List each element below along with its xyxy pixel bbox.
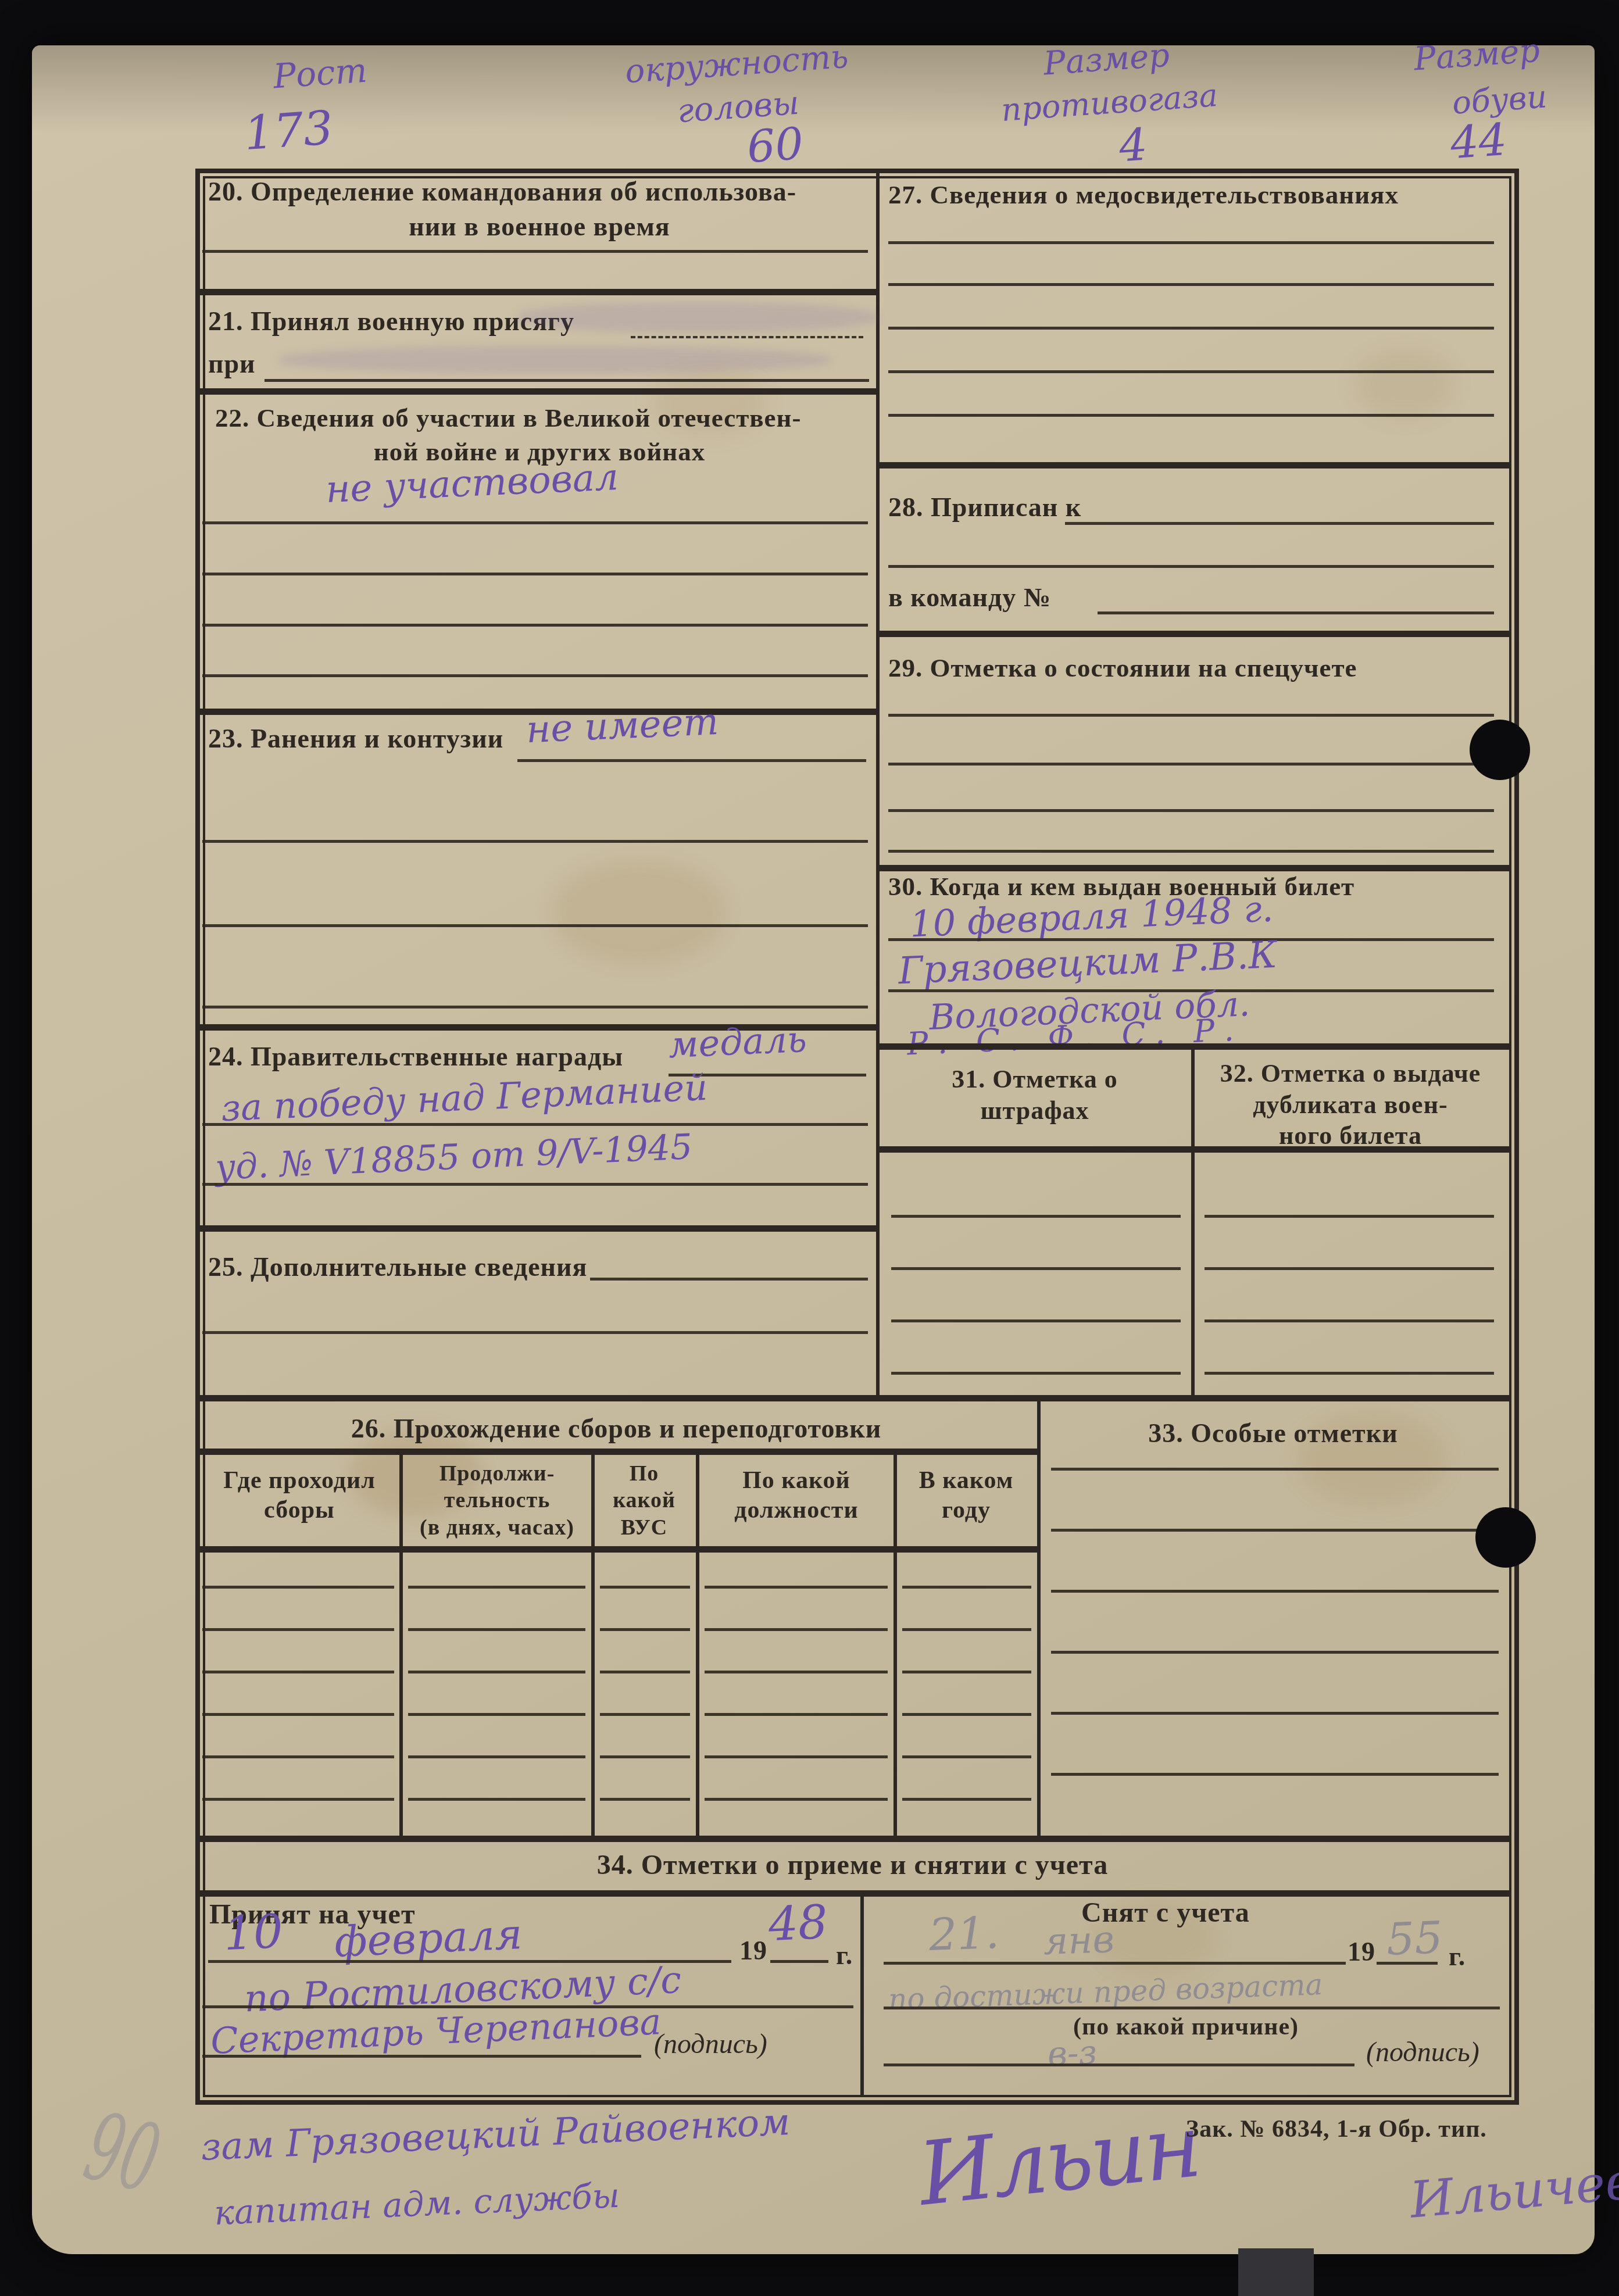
table-row-line [902,1628,1031,1631]
ruled-line [590,1278,868,1281]
table-row-line [202,1671,394,1673]
dotted-fill-line [631,336,863,338]
table-row-line [600,1586,690,1589]
annotation-gasmask-size-value: 4 [1117,118,1149,171]
ruled-line [202,1123,868,1126]
ruled-line [202,2055,641,2058]
section-33-title: 33. Особые отметки [1041,1417,1506,1450]
table-row-line [705,1671,888,1673]
section-34-title: 34. Отметки о приеме и снятии с учета [195,1848,1510,1883]
table-row-line [705,1798,888,1801]
table-row-line [408,1586,585,1589]
annotation-shoe-size-value: 44 [1449,113,1509,169]
table-row-line [705,1755,888,1758]
table-row-line [902,1755,1031,1758]
ruled-line [888,241,1494,244]
section-32-title: 32. Отметка о выдаче дубликата воен- ног… [1196,1058,1504,1151]
table-26-col-header-year: В каком году [896,1466,1036,1525]
ruled-line [888,763,1494,766]
ruled-line [202,1006,868,1008]
table-row-line [600,1798,690,1801]
table-row-line [600,1713,690,1716]
ruled-line [1205,1267,1494,1270]
ruled-line [888,850,1494,853]
table-row-line [902,1798,1031,1801]
ruled-line [1205,1372,1494,1375]
ruled-line [202,521,868,524]
table-row-line [600,1755,690,1758]
annotation-height-value: 173 [242,101,335,160]
table-26-title: 26. Прохождение сборов и переподготовки [195,1412,1037,1445]
ruled-line [888,370,1494,373]
ruled-line [1205,1319,1494,1322]
section-27-title: 27. Сведения о медосвидетельствованиях [888,179,1399,211]
ruled-line [202,573,868,575]
table-col-divider [591,1449,595,1836]
section-31-title: 31. Отметка о штрафах [881,1064,1189,1126]
annotation-head-circumference-value: 60 [745,117,805,173]
section-21-prefix: при [208,348,256,380]
section-divider [195,1836,1510,1842]
ink-smudge [279,346,831,373]
removed-month-pencil: янв [1043,1918,1115,1964]
ruled-line [888,809,1494,812]
ruled-line [265,379,869,382]
accepted-signature-label: (подпись) [654,2027,767,2062]
removed-year-suffix: г. [1449,1940,1466,1973]
table-26-col-header-duration: Продолжи- тельность (в днях, часах) [404,1460,590,1541]
section-25-label: 25. Дополнительные сведения [208,1251,588,1283]
removed-year-pencil: 55 [1385,1911,1443,1965]
ruled-line [1098,611,1494,614]
annotation-height-label: Рост [272,50,369,96]
ruled-line [1205,1215,1494,1218]
ruled-line [884,1962,1346,1965]
ruled-line [1377,1962,1438,1965]
table-row-line [202,1798,394,1801]
ruled-line [202,1183,868,1186]
column-divider-34 [860,1890,864,2095]
table-row-line [902,1713,1031,1716]
column-divider-31-32 [1191,1043,1195,1395]
ruled-line [1051,1468,1499,1471]
section-22-title-line1: 22. Сведения об участии в Великой отечес… [215,402,872,434]
section-divider [195,1890,1510,1897]
section-24-label: 24. Правительственные награды [208,1040,623,1073]
ruled-line [1051,1590,1499,1593]
section-divider [876,462,1510,469]
removed-year-prefix: 19 [1348,1936,1375,1968]
table-row-line [902,1671,1031,1673]
column-divider-26-33 [1037,1395,1041,1836]
table-row-line [408,1755,585,1758]
ruled-line [770,1960,828,1963]
ruled-line [891,1319,1181,1322]
table-row-line [408,1671,585,1673]
table-row-line [202,1628,394,1631]
ruled-line [891,1372,1181,1375]
ruled-line [1051,1712,1499,1715]
table-26-col-header-position: По какой должности [701,1466,892,1525]
table-row-line [202,1755,394,1758]
accepted-year-suffix: г. [836,1939,853,1972]
table-26-col-header-vus: По какой ВУС [594,1460,694,1541]
section-divider [195,388,878,395]
hole-punch-bottom [1475,1507,1536,1568]
ruled-line [888,565,1494,568]
scanned-military-card-page: Рост 173 окружность головы 60 Размер про… [0,0,1619,2296]
section-divider [195,289,878,295]
ruled-line [202,674,868,677]
ruled-line [1065,522,1494,525]
ruled-line [202,840,868,843]
removed-scribble-pencil: в-з [1047,2033,1098,2074]
table-col-divider [399,1449,403,1836]
section-24-handwritten-value-1: медаль [668,1018,808,1066]
table-col-divider [696,1449,699,1836]
table-row-line [705,1628,888,1631]
table-row-line [705,1713,888,1716]
accepted-year-handwritten: 48 [767,1895,829,1951]
table-row-line [902,1586,1031,1589]
table-col-divider [894,1449,897,1836]
table-row-line [408,1628,585,1631]
section-divider [195,1395,1510,1401]
table-row-line [408,1798,585,1801]
section-28-label-2: в команду № [888,581,1051,614]
print-order-note: Зак. № 6834, 1-я Обр. тип. [1186,2115,1487,2144]
section-21-title: 21. Принял военную присягу [208,305,574,338]
removed-signature-label: (подпись) [1366,2036,1479,2070]
ruled-line [888,327,1494,330]
section-23-handwritten-value: не имеет [526,700,720,752]
section-divider [195,1225,878,1232]
accepted-month-handwritten: февраля [333,1909,523,1966]
ruled-line [888,414,1494,417]
ink-smudge [517,302,878,332]
section-28-label-1: 28. Приписан к [888,491,1081,524]
ruled-line [1051,1651,1499,1654]
ruled-line [891,1267,1181,1270]
hole-punch-top [1470,720,1530,780]
ruled-line [891,1215,1181,1218]
ruled-line [888,714,1494,717]
table-header-divider [195,1546,1037,1553]
main-column-divider [876,173,880,1395]
section-20-title-line2: нии в военное время [208,210,871,243]
table-row-line [600,1671,690,1673]
accepted-year-prefix: 19 [739,1934,767,1967]
section-23-label: 23. Ранения и контузии [208,723,503,755]
table-row-line [202,1713,394,1716]
ruled-line [202,250,868,253]
ruled-line [202,1331,868,1334]
section-divider [876,631,1510,637]
bottom-strip [1238,2248,1314,2296]
table-row-line [408,1713,585,1716]
ruled-line [517,759,866,762]
ruled-line [202,924,868,927]
ruled-line [1051,1773,1499,1776]
ruled-line [884,2063,1354,2066]
removed-reason-label: (по какой причине) [953,2012,1418,2042]
ruled-line [1051,1529,1499,1532]
ruled-line [202,624,868,627]
table-title-divider [195,1449,1037,1455]
accepted-day-handwritten: 10 [223,1904,284,1961]
ruled-line [888,283,1494,286]
removed-day-pencil: 21. [928,1907,1000,1961]
section-20-title-line1: 20. Определение командования об использо… [208,176,871,208]
table-26-col-header-location: Где проходил сборы [201,1466,398,1525]
ruled-line [884,2007,1500,2009]
table-row-line [202,1586,394,1589]
table-row-line [705,1586,888,1589]
section-29-title: 29. Отметка о состоянии на спецучете [888,652,1357,684]
table-row-line [600,1628,690,1631]
